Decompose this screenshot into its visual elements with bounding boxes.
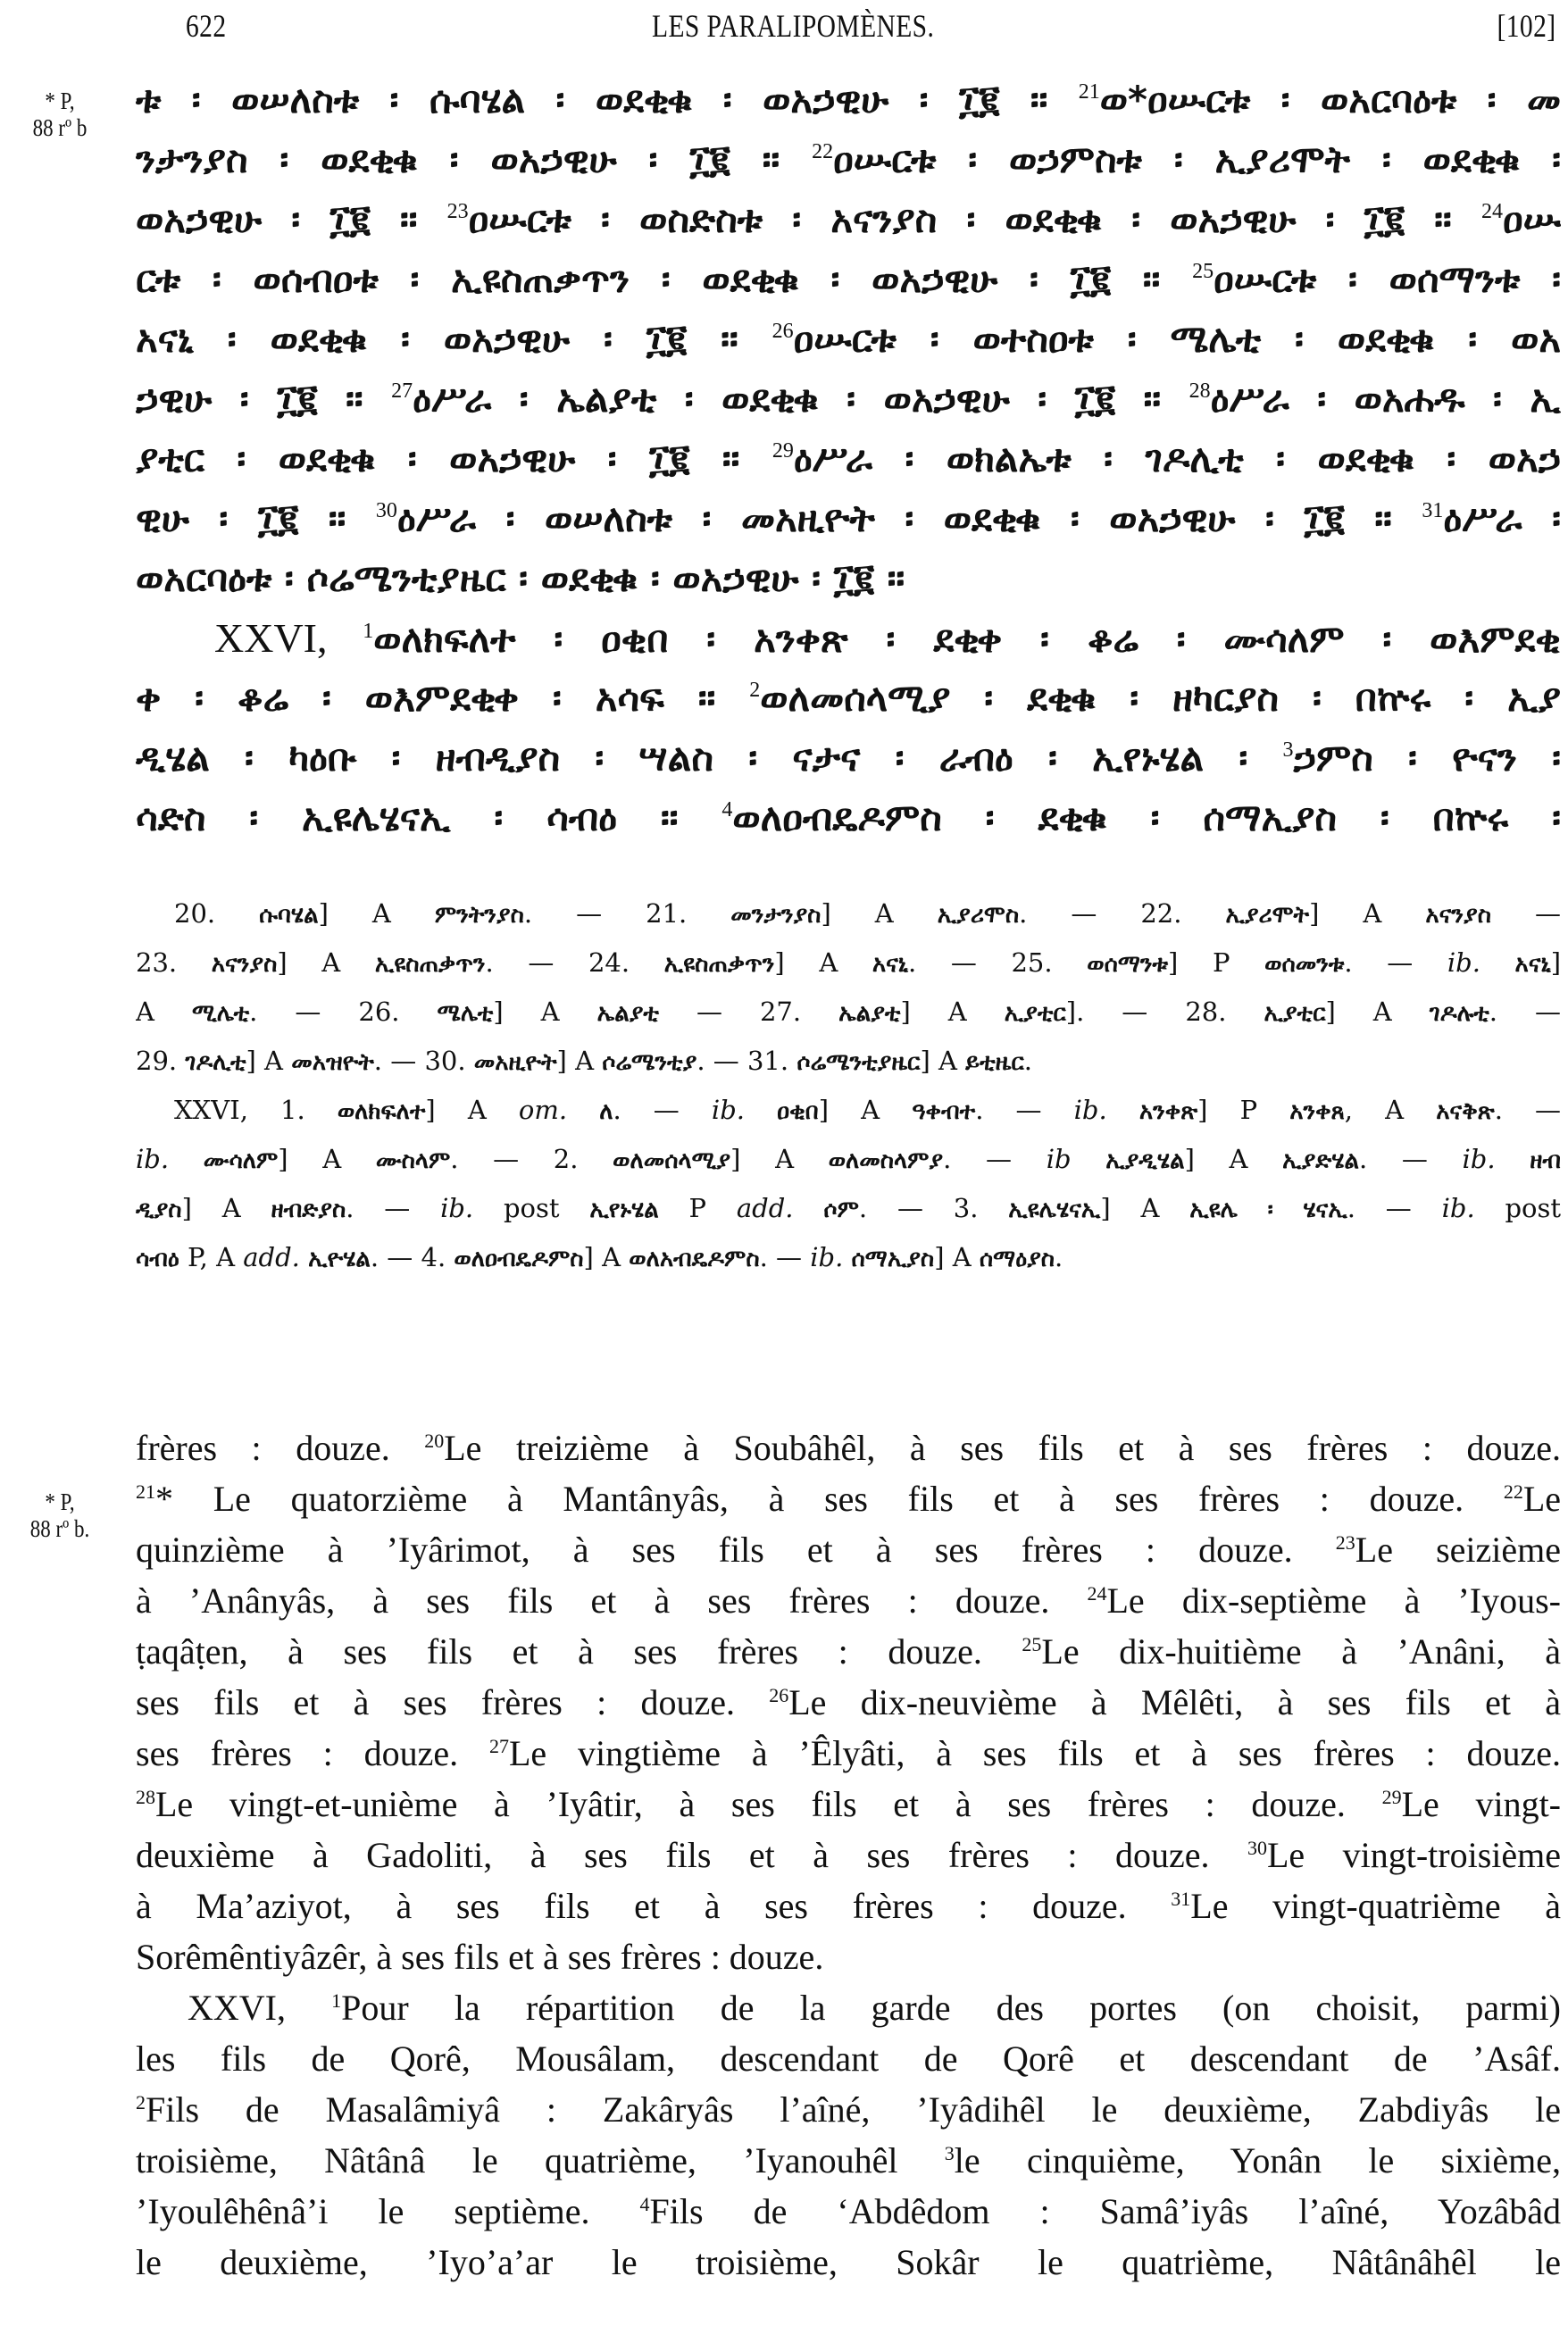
footnote-text: 23. [136,947,212,978]
footnote-text: . — 4. [371,1242,455,1272]
geez-line: XXVI, 1ወለክፍለተ ፡ ዐቂበ ፡ አንቀጽ ፡ ደቂቀ ፡ ቆሬ ፡ … [214,612,1561,665]
translation-line: frères : douze. 20Le treizième à Soubâhê… [136,1424,1561,1472]
geez-line: ያቲር ፡ ወደቂቁ ፡ ወአኃዊሁ ፡ ፲፪ ። 29ዕሥራ ፡ ወክልኤቱ … [136,432,1561,486]
translation-text: Sorêmêntiyâzêr, à ses fils et à ses frèr… [136,1937,823,1977]
translation-line: à Ma’aziyot, à ses fils et à ses frères … [136,1882,1561,1930]
footnote-text: ] A [920,1046,965,1076]
translation-text: Le vingt-et-unième à ’Iyâtir, à ses fils… [155,1784,1382,1824]
geez-segment: ወለመሰላሚያ ፡ ደቂቁ ፡ ዘካርያስ ፡ በኵሩ ፡ ኢያ [760,676,1561,720]
geez-variant: ኢያቲር [1005,1000,1066,1027]
geez-variant: ሶሬሜንቲያዜር [797,1049,920,1076]
translation-text: ’Iyoulêhênâ’i le septième. [136,2191,640,2231]
translation-text: troisième, Nâtânâ le quatrième, ’Iyanouh… [136,2140,945,2180]
geez-variant: ኢዮሄል [308,1246,371,1272]
footnote-text: ] P [1197,1095,1289,1125]
translation-text: le cinquième, Yonân le sixième, [955,2140,1561,2180]
translation-line: deuxième à Gadoliti, à ses fils et à ses… [136,1831,1561,1880]
geez-variant: ሶሬሜንቲያ [602,1049,696,1076]
geez-segment: ዐሡርቱ ፡ ወተስዐቱ ፡ ሜሌቲ ፡ ወደቂቁ ፡ ወአ [794,317,1561,361]
footnote-text: P [659,1193,737,1223]
translation-text: ses fils et à ses frères : douze. [136,1682,769,1722]
geez-segment: ንታንያስ ፡ ወደቂቁ ፡ ወአኃዊሁ ፡ ፲፪ ። [136,138,812,181]
verse-number: 21 [136,1480,155,1503]
abbreviation: ib. [1463,1144,1496,1174]
translation-text: Le vingt-troisième [1267,1835,1561,1875]
geez-line: ርቱ ፡ ወሰብዐቱ ፡ ኢዩስጠቃጥን ፡ ወደቂቁ ፡ ወአኃዊሁ ፡ ፲፪… [136,253,1561,306]
geez-variant: ኢዩስጠቃጥን [664,951,775,978]
geez-variant: ወለመሰላሚያ [613,1147,730,1174]
footnote-line: A ሚሌቲ. — 26. ሜሌቲ] A ኤልያቲ — 27. ኤልያቲ] A ኢ… [136,989,1561,1034]
footnote-text: . — [1344,947,1447,978]
geez-variant: ሰማኢያስ [852,1246,935,1272]
margin-note-geez: * P, 88 rº b [11,88,110,141]
verse-number: 4 [640,2193,650,2215]
geez-variant: አንቀጸ [1289,1098,1345,1125]
verse-number: 30 [376,499,397,522]
geez-variant: ኢዩሌ ፡ ሄናኢ [1189,1197,1347,1223]
geez-variant: ለ [599,1098,613,1125]
footnote-text: . — [1347,1193,1442,1223]
geez-variant: መአዝዮት [291,1049,374,1076]
geez-variant: ዘብድያስ [271,1197,346,1223]
geez-variant: ሙስላም [376,1147,450,1174]
verse-number: 28 [1189,379,1211,403]
footnote-text: ] A [493,996,596,1027]
translation-text: à ’Anânyâs, à ses fils et à ses frères :… [136,1580,1088,1621]
geez-segment: ኃዊሁ ፡ ፲፪ ። [136,377,391,421]
geez-segment: ዐሡርቱ ፡ ወስድስቱ ፡ አናንያስ ፡ ወደቂቁ ፡ ወአኃዊሁ ፡ ፲፪… [469,197,1481,241]
footnote-text [169,1144,204,1174]
geez-variant: ኢያሪሞስ [938,902,1019,929]
verse-number: 27 [489,1735,509,1757]
geez-segment: ዕሥራ ፡ [1443,496,1561,540]
verse-number: 20 [424,1430,444,1452]
geez-variant: ይቲዜር [965,1049,1024,1076]
footnote-text: ] [1551,947,1561,978]
geez-segment: ዕሥራ ፡ ወአሐዱ ፡ ኢ [1211,377,1561,421]
verse-number: 31 [1171,1888,1190,1910]
geez-variant: ኢዩሌሄናኢ [1008,1197,1100,1223]
abbreviation: add. [737,1193,794,1223]
footnote-text: . — [1359,1144,1463,1174]
translation-line: ses fils et à ses frères : douze. 26Le d… [136,1679,1561,1727]
footnote-text: ] A [774,947,872,978]
footnote-line: ዲያስ] A ዘብድያስ. — ib. post ኢየኑሄል P add. ሶም… [136,1186,1561,1230]
verse-number: 26 [772,320,794,343]
geez-variant: ወለክፍለተ [338,1098,426,1125]
geez-variant: ሳብዕ [136,1246,179,1272]
verse-number: 24 [1088,1582,1107,1605]
footnote-text: ] A [584,1242,630,1272]
translation-line: quinzième à ’Iyârimot, à ses fils et à s… [136,1526,1561,1574]
verse-number: 2 [749,679,760,702]
translation-text: Le dix-huitième à ’Anâni, à [1041,1631,1561,1672]
geez-segment: ርቱ ፡ ወሰብዐቱ ፡ ኢዩስጠቃጥን ፡ ወደቂቁ ፡ ወአኃዊሁ ፡ ፲፪… [136,257,1192,301]
footnote-text: . — [346,1193,440,1223]
verse-number: 29 [1382,1786,1402,1808]
footnote-text: post [1475,1193,1561,1223]
geez-segment: ዊሁ ፡ ፲፪ ። [136,496,376,540]
chapter-number: XXVI, [214,615,363,661]
geez-variant: አናኒ [1515,951,1551,978]
geez-segment: ወአርባዕቱ ፡ ሶሬሜንቲያዜር ፡ ወደቂቁ ፡ ወአኃዊሁ ፡ ፲፪ ። [136,556,905,600]
translation-text: quinzième à ’Iyârimot, à ses fils et à s… [136,1530,1336,1570]
verse-number: 27 [391,379,413,403]
translation-line: le deuxième, ’Iyo’a’ar le troisième, Sok… [136,2239,1561,2287]
geez-line: ወአርባዕቱ ፡ ሶሬሜንቲያዜር ፡ ወደቂቁ ፡ ወአኃዊሁ ፡ ፲፪ ። [136,552,1561,605]
margin-note-line: * P, [11,88,110,114]
geez-variant: ወለአብዴዶምስ [629,1246,759,1272]
geez-variant: ገዶሉቲ [1430,1000,1489,1027]
footnote-text [794,1193,824,1223]
abbreviation: ib. [712,1095,745,1125]
footnote-text: post [473,1193,589,1223]
footnote-text: ] A [1185,1144,1283,1174]
translation-text: Fils de Masalâmiyâ : Zakâryâs l’aîné, ’I… [146,2089,1561,2130]
footnote-text: P, A [179,1242,243,1272]
verse-number: 29 [772,439,794,463]
geez-segment: ዕሥራ ፡ ወሠለስቱ ፡ መአዚዮት ፡ ወደቂቁ ፡ ወአኃዊሁ ፡ ፲፪ … [397,496,1422,540]
footnote-text [745,1095,777,1125]
geez-segment: ወ*ዐሡርቱ ፡ ወአርባዕቱ ፡ መ [1100,78,1561,121]
footnote-text: ] A [900,996,1004,1027]
footnote-text: . — [1489,996,1561,1027]
geez-variant: አናንያስ [212,951,278,978]
geez-line: ዲሄል ፡ ካዕቡ ፡ ዘብዲያስ ፡ ሣልስ ፡ ናታና ፡ ራብዕ ፡ ኢየ… [136,731,1561,785]
geez-variant: ኢዩስጠቃጥን [375,951,486,978]
verse-number: 21 [1079,80,1100,104]
footnote-text: . — [613,1095,711,1125]
footnote-text: ] A [182,1193,271,1223]
geez-variant: አናኒ [872,951,908,978]
geez-line: ቀ ፡ ቆሬ ፡ ወእምደቂቀ ፡ አሳፍ ። 2ወለመሰላሚያ ፡ ደቂቁ ፡… [136,671,1561,725]
footnote-text: — [1491,898,1561,929]
translation-text: Pour la répartition de la garde des port… [341,1988,1561,2028]
geez-line: አናኒ ፡ ወደቂቁ ፡ ወአኃዊሁ ፡ ፲፪ ። 26ዐሡርቱ ፡ ወተስዐቱ… [136,313,1561,366]
translation-text: Le vingt-quatrième à [1190,1886,1561,1926]
geez-variant: ሶም [823,1197,859,1223]
abbreviation: ib. [1442,1193,1475,1223]
translation-line: 21* Le quatorzième à Mantânyâs, à ses fi… [136,1475,1561,1523]
geez-line: ኃዊሁ ፡ ፲፪ ። 27ዕሥራ ፡ ኤልያቲ ፡ ወደቂቁ ፡ ወአኃዊሁ ፡… [136,372,1561,426]
footnote-text [567,1095,599,1125]
translation-text: ses frères : douze. [136,1733,489,1773]
geez-segment: ያቲር ፡ ወደቂቁ ፡ ወአኃዊሁ ፡ ፲፪ ። [136,437,772,480]
footnote-text: ]. — 28. [1066,996,1264,1027]
geez-segment: ዕሥራ ፡ ኤልያቲ ፡ ወደቂቁ ፡ ወአኃዊሁ ፡ ፲፪ ። [413,377,1189,421]
geez-segment: ወለክፍለተ ፡ ዐቂበ ፡ አንቀጽ ፡ ደቂቀ ፡ ቆሬ ፡ ሙሳለም ፡ … [373,617,1561,661]
footnote-text: 20. [174,898,259,929]
abbreviation: ib. [136,1144,169,1174]
translation-text: Le seizième [1355,1530,1561,1570]
translation-line: 2Fils de Masalâmiyâ : Zakâryâs l’aîné, ’… [136,2086,1561,2134]
translation-text: Le [1523,1479,1561,1519]
footnote-text: ] A [1100,1193,1189,1223]
section-number: [102] [1497,7,1555,45]
translation-text: XXVI, [188,1988,331,2028]
footnote-text: ] A [278,1144,376,1174]
footnote-text: XXVI, 1. [174,1095,338,1125]
footnote-text: . — 21. [524,898,730,929]
translation-line: Sorêmêntiyâzêr, à ses fils et à ses frèr… [136,1933,1561,1981]
margin-note-french: * P, 88 rº b. [11,1488,110,1542]
abbreviation: ib. [440,1193,473,1223]
translation-text: Le vingtième à ’Êlyâti, à ses fils et à … [509,1733,1561,1773]
footnote-text: , A [1345,1095,1436,1125]
translation-line: les fils de Qorê, Mousâlam, descendant d… [136,2035,1561,2083]
verse-number: 3 [945,2142,955,2164]
geez-variant: ዲያስ [136,1197,182,1223]
footnote-text: . — 25. [908,947,1087,978]
footnote-line: 29. ገዶሊቲ] A መአዝዮት. — 30. መአዚዮት] A ሶሬሜንቲያ… [136,1038,1561,1083]
footnote-text: ] A [1309,898,1425,929]
footnote-text: . [1024,1046,1032,1076]
geez-variant: ሚሌቲ [192,1000,249,1027]
verse-number: 1 [363,620,373,643]
footnote-text: ] A [730,1144,829,1174]
verse-number: 2 [136,2091,146,2114]
verse-number: 22 [812,140,833,163]
footnote-text [1107,1095,1139,1125]
footnote-text: ] A [425,1095,519,1125]
footnote-text: ] A [277,947,374,978]
geez-line: ሳድስ ፡ ኢዩሌሄናኢ ፡ ሳብዕ ። 4ወለዐብዴዶምስ ፡ ደቂቁ ፡ ሰ… [136,791,1561,845]
footnote-text: . — [760,1242,811,1272]
translation-text: deuxième à Gadoliti, à ses fils et à ses… [136,1835,1247,1875]
abbreviation: ib. [810,1242,843,1272]
margin-note-line: * P, [11,1488,110,1515]
verse-number: 25 [1022,1633,1041,1655]
translation-text: ṭaqâṭen, à ses fils et à ses frères : do… [136,1631,1022,1672]
footnote-text: ] A [934,1242,980,1272]
geez-variant: ኢያድሄል [1282,1147,1359,1174]
footnote-text: . — 30. [374,1046,474,1076]
footnote-text: ] A [246,1046,292,1076]
footnote-text: . — [975,1095,1073,1125]
geez-segment: ዐሡ [1503,197,1561,241]
footnote-text: ] A [821,898,937,929]
footnote-text: A [136,996,192,1027]
geez-variant: ሱባሄል [259,902,318,929]
geez-segment: ኃምስ ፡ ዮናን ፡ [1293,736,1561,780]
translation-line: XXVI, 1Pour la répartition de la garde d… [188,1984,1561,2032]
geez-line: ወአኃዊሁ ፡ ፲፪ ። 23ዐሡርቱ ፡ ወስድስቱ ፡ አናንያስ ፡ ወደ… [136,193,1561,246]
geez-variant: መንታንያስ [730,902,821,929]
footnote-text [300,1242,308,1272]
translation-text: Le dix-neuvième à Mêlêti, à ses fils et … [788,1682,1561,1722]
running-title: LES PARALIPOMÈNES. [652,7,934,45]
footnote-line: ሳብዕ P, A add. ኢዮሄል. — 4. ወለዐብዴዶምስ] A ወለአ… [136,1235,1561,1280]
verse-number: 22 [1504,1480,1523,1503]
footnote-text: . — 2. [450,1144,613,1174]
footnote-text: ] A [319,898,435,929]
verse-number: 30 [1247,1837,1267,1859]
geez-segment: ዲሄል ፡ ካዕቡ ፡ ዘብዲያስ ፡ ሣልስ ፡ ናታና ፡ ራብዕ ፡ ኢየ… [136,736,1282,780]
page-number: 622 [186,7,227,45]
verse-number: 31 [1422,499,1443,522]
geez-variant: ዐቂበ [777,1098,819,1125]
translation-line: à ’Anânyâs, à ses fils et à ses frères :… [136,1577,1561,1625]
geez-variant: ሙሳለም [204,1147,279,1174]
geez-variant: ወለዐብዴዶምስ [454,1246,583,1272]
document-page: 622 LES PARALIPOMÈNES. [102] * P, 88 rº … [0,0,1568,2343]
geez-variant: ሰማዕያስ [980,1246,1055,1272]
translation-text: Fils de ‘Abdêdom : Samâ’iyâs l’aîné, Yoz… [650,2191,1561,2231]
geez-line: ንታንያስ ፡ ወደቂቁ ፡ ወአኃዊሁ ፡ ፲፪ ። 22ዐሡርቱ ፡ ወኃም… [136,133,1561,187]
geez-variant: ገዶሊቲ [185,1049,246,1076]
geez-variant: ኤልያቲ [597,1000,659,1027]
geez-variant: ኤልያቲ [838,1000,900,1027]
geez-segment: ዐሡርቱ ፡ ወኃምስቱ ፡ ኢያሪሞት ፡ ወደቂቁ ፡ [833,138,1561,181]
geez-segment: ቱ ፡ ወሠለስቱ ፡ ሱባሄል ፡ ወደቂቁ ፡ ወአኃዊሁ ፡ ፲፪ ። [136,78,1079,121]
footnote-line: 23. አናንያስ] A ኢዩስጠቃጥን. — 24. ኢዩስጠቃጥን] A አ… [136,940,1561,985]
margin-note-line: 88 rº b. [11,1515,110,1542]
footnote-text: ] A [1325,996,1429,1027]
footnote-text: ] P [1168,947,1264,978]
footnote-line: XXVI, 1. ወለክፍለተ] A om. ለ. — ib. ዐቂበ] A ዓ… [174,1088,1561,1132]
geez-line: ቱ ፡ ወሠለስቱ ፡ ሱባሄል ፡ ወደቂቁ ፡ ወአኃዊሁ ፡ ፲፪ ። 2… [136,73,1561,127]
geez-variant: መአዚዮት [474,1049,557,1076]
geez-variant: አናንያስ [1425,902,1491,929]
verse-number: 24 [1481,200,1503,223]
footnote-text: . — 24. [486,947,664,978]
verse-number: 3 [1282,738,1293,762]
abbreviation: ib [1047,1144,1072,1174]
footnote-text: . — 22. [1019,898,1225,929]
geez-segment: አናኒ ፡ ወደቂቁ ፡ ወአኃዊሁ ፡ ፲፪ ። [136,317,772,361]
translation-text: à Ma’aziyot, à ses fils et à ses frères … [136,1886,1171,1926]
footnote-text: . — [943,1144,1047,1174]
geez-line: ዊሁ ፡ ፲፪ ። 30ዕሥራ ፡ ወሠለስቱ ፡ መአዚዮት ፡ ወደቂቁ ፡… [136,492,1561,546]
verse-number: 4 [721,798,732,821]
verse-number: 28 [136,1786,155,1808]
geez-variant: ምንትንያስ [435,902,524,929]
abbreviation: ib. [1447,947,1480,978]
verse-number: 1 [331,1989,341,2012]
footnote-text: — 27. [659,996,838,1027]
geez-variant: ኢያዲሄል [1105,1147,1184,1174]
verse-number: 23 [1336,1531,1355,1554]
footnote-line: ib. ሙሳለም] A ሙስላም. — 2. ወለመሰላሚያ] A ወለመስላም… [136,1137,1561,1181]
margin-note-line: 88 rº b [11,114,110,141]
verse-number: 25 [1192,260,1214,283]
footnote-text: . — 3. [859,1193,1008,1223]
footnote-text [1496,1144,1530,1174]
footnote-text: . — [1495,1095,1561,1125]
geez-variant: ኢያሪሞት [1225,902,1309,929]
geez-variant: ዘብ [1530,1147,1561,1174]
translation-text: les fils de Qorê, Mousâlam, descendant d… [136,2039,1561,2079]
verse-number: 26 [769,1684,788,1706]
translation-line: ’Iyoulêhênâ’i le septième. 4Fils de ‘Abd… [136,2188,1561,2236]
translation-text: Le dix-septième à ’Iyous- [1107,1580,1562,1621]
translation-line: 28Le vingt-et-unième à ’Iyâtir, à ses fi… [136,1780,1561,1829]
footnote-text: ] A [819,1095,913,1125]
footnote-text [843,1242,851,1272]
footnote-text: . — 31. [696,1046,797,1076]
geez-segment: ወአኃዊሁ ፡ ፲፪ ። [136,197,447,241]
footnote-text: . [1055,1242,1063,1272]
geez-variant: አናቅጽ [1436,1098,1495,1125]
geez-segment: ዕሥራ ፡ ወክልኤቱ ፡ ገዶሊቲ ፡ ወደቂቁ ፡ ወአኃ [794,437,1561,480]
geez-variant: ኢየኑሄል [589,1197,658,1223]
geez-segment: ወለዐብዴዶምስ ፡ ደቂቁ ፡ ሰማኢያስ ፡ በኵሩ ፡ [732,796,1561,839]
geez-segment: ዐሡርቱ ፡ ወሰማንቱ ፡ [1214,257,1561,301]
footnote-text: ] A [557,1046,603,1076]
footnote-text [1072,1144,1106,1174]
translation-line: ses frères : douze. 27Le vingtième à ’Êl… [136,1730,1561,1778]
footnote-text: . — 26. [249,996,437,1027]
geez-variant: ወሰማንቱ [1087,951,1168,978]
geez-variant: ሜሌቲ [438,1000,494,1027]
abbreviation: om. [519,1095,567,1125]
geez-variant: ወለመስላምያ [829,1147,943,1174]
geez-segment: ሳድስ ፡ ኢዩሌሄናኢ ፡ ሳብዕ ። [136,796,721,839]
translation-text: * Le quatorzième à Mantânyâs, à ses fils… [155,1479,1504,1519]
geez-variant: ኢያቲር [1264,1000,1325,1027]
abbreviation: add. [243,1242,300,1272]
translation-line: ṭaqâṭen, à ses fils et à ses frères : do… [136,1628,1561,1676]
footnote-text: 29. [136,1046,185,1076]
abbreviation: ib. [1074,1095,1107,1125]
footnote-text [1480,947,1515,978]
verse-number: 23 [447,200,469,223]
translation-text: Le treizième à Soubâhêl, à ses fils et à… [444,1428,1561,1468]
translation-text: frères : douze. [136,1428,424,1468]
geez-segment: ቀ ፡ ቆሬ ፡ ወእምደቂቀ ፡ አሳፍ ። [136,676,749,720]
geez-variant: ወሰመንቱ [1264,951,1344,978]
geez-variant: አንቀጽ [1139,1098,1197,1125]
translation-text: Le vingt- [1402,1784,1561,1824]
translation-text: le deuxième, ’Iyo’a’ar le troisième, Sok… [136,2242,1561,2282]
geez-variant: ዓቀብተ [912,1098,975,1125]
footnote-line: 20. ሱባሄል] A ምንትንያስ. — 21. መንታንያስ] A ኢያሪሞ… [174,891,1561,936]
translation-line: troisième, Nâtânâ le quatrième, ’Iyanouh… [136,2137,1561,2185]
